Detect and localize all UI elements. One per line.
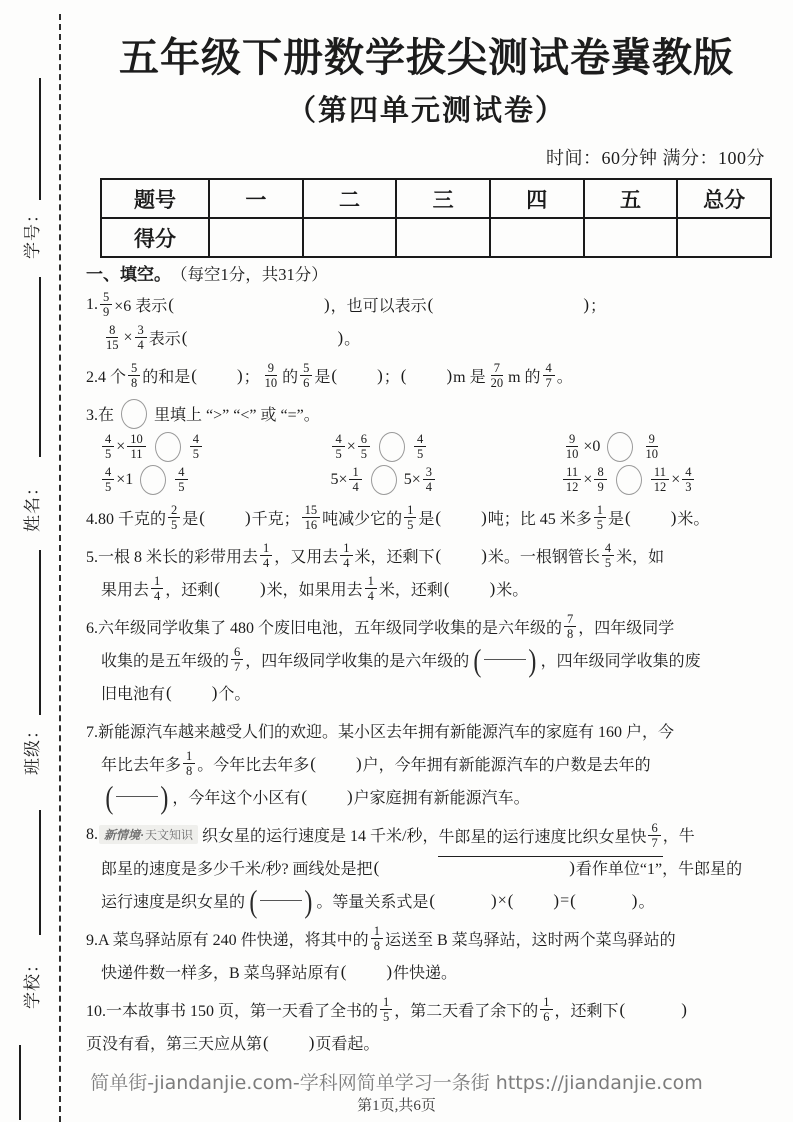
comparison-circle bbox=[371, 465, 397, 495]
text-run: ，也可以表示 bbox=[331, 293, 427, 316]
text-run: 运送至 B 菜鸟驿站，这时两个菜鸟驿站的 bbox=[385, 927, 676, 950]
time-score-meta: 时间：60分钟 满分：100分 bbox=[546, 144, 765, 170]
score-cell-empty bbox=[396, 218, 490, 257]
fraction-blank: () bbox=[472, 644, 537, 676]
blank-field: () bbox=[443, 579, 496, 599]
fraction: 45 bbox=[602, 541, 614, 570]
text-run: 米，如果用去 bbox=[267, 577, 363, 600]
text-run: 织女星的运行速度是 14 千米/秒， bbox=[202, 823, 438, 846]
text-run: = bbox=[560, 892, 569, 910]
comparison-cell: 5× 145× 34 bbox=[330, 464, 560, 495]
text-run: ； bbox=[384, 364, 400, 387]
fraction: 56 bbox=[300, 361, 312, 390]
fraction: 59 bbox=[100, 290, 112, 319]
text-run: 是 bbox=[314, 364, 330, 387]
question: 4.80 千克的25是()千克；1516吨减少它的15是()吨；比 45 米多1… bbox=[86, 501, 776, 534]
fraction: 45 bbox=[332, 432, 344, 461]
question-line: 1.59 ×6 表示()，也可以表示()； bbox=[86, 288, 776, 321]
text-run: ，四年级同学收集的废 bbox=[541, 648, 701, 671]
score-table-body: 题号一二三四五总分得分 bbox=[101, 179, 771, 257]
question-line: 2.4 个58的和是()；910的56是()；()m 是720m 的47。 bbox=[86, 359, 776, 392]
fraction: 15 bbox=[380, 995, 392, 1024]
fraction: 45 bbox=[414, 432, 426, 461]
score-table: 题号一二三四五总分得分 bbox=[100, 178, 772, 258]
blank-field: () bbox=[569, 891, 638, 911]
score-column-header: 一 bbox=[209, 179, 303, 218]
text-run: 的 bbox=[282, 364, 298, 387]
page-number: 第1页,共6页 bbox=[0, 1094, 793, 1115]
text-run: 米，还剩下 bbox=[355, 544, 435, 567]
text-run: 旧电池有 bbox=[101, 681, 165, 704]
seal-field-label: 姓名： bbox=[15, 460, 45, 550]
text-run: ，还剩下 bbox=[555, 998, 619, 1021]
section-heading: 一、填空。 （每空1分，共31分） bbox=[86, 260, 776, 288]
score-cell-empty bbox=[677, 218, 771, 257]
question: 1.59 ×6 表示()，也可以表示()；815 × 34表示()。 bbox=[86, 288, 776, 354]
question: 8.新情境·天文知识织女星的运行速度是 14 千米/秒，牛郎星的运行速度比织女星… bbox=[86, 818, 776, 917]
score-column-header: 三 bbox=[396, 179, 490, 218]
blank-field: () bbox=[428, 891, 497, 911]
fraction: 45 bbox=[102, 432, 114, 461]
fraction: 15 bbox=[404, 503, 416, 532]
question-line: 年比去年多18。今年比去年多()户，今年拥有新能源汽车的户数是去年的 bbox=[86, 747, 776, 780]
text-run: ，又用去 bbox=[274, 544, 338, 567]
text-run: 7.新能源汽车越来越受人们的欢迎。某小区去年拥有新能源汽车的家庭有 160 户，… bbox=[86, 719, 674, 742]
blank-field: () bbox=[434, 508, 487, 528]
text-run: ，还剩 bbox=[165, 577, 213, 600]
score-cell-empty bbox=[303, 218, 397, 257]
comparison-circle bbox=[607, 432, 633, 462]
text-run: 。今年比去年多 bbox=[197, 752, 309, 775]
fraction: 78 bbox=[564, 612, 576, 641]
section-note: （每空1分，共31分） bbox=[171, 261, 328, 285]
text-run: 吨减少它的 bbox=[322, 506, 402, 529]
text-run: 1. bbox=[86, 296, 98, 314]
text-run: 。 bbox=[344, 326, 360, 349]
blank-field: () bbox=[309, 754, 362, 774]
text-run: 6.六年级同学收集了 480 个废旧电池，五年级同学收集的是六年级的 bbox=[86, 615, 562, 638]
blank-field: () bbox=[373, 858, 576, 878]
question-line: 45 × 10114545 × 6545910 ×0910 bbox=[86, 430, 776, 463]
text-run: m 是 bbox=[453, 364, 485, 387]
score-header-label: 题号 bbox=[101, 179, 209, 218]
text-run: 9.A 菜鸟驿站原有 240 件快递，将其中的 bbox=[86, 927, 369, 950]
question-line: 果用去14，还剩()米，如果用去14米，还剩()米。 bbox=[86, 572, 776, 605]
fraction: 34 bbox=[135, 323, 147, 352]
text-run: 户家庭拥有新能源汽车。 bbox=[354, 785, 530, 808]
text-run: 里填上 “>” “<” 或 “=”。 bbox=[154, 402, 320, 425]
score-cell-empty bbox=[490, 218, 584, 257]
question-line: 8.新情境·天文知识织女星的运行速度是 14 千米/秒，牛郎星的运行速度比织女星… bbox=[86, 818, 776, 851]
seal-field-label: 学号： bbox=[15, 187, 45, 277]
blank-field: () bbox=[190, 366, 243, 386]
blank-field: () bbox=[165, 683, 218, 703]
question-line: 旧电池有()个。 bbox=[86, 676, 776, 709]
fraction: 14 bbox=[349, 465, 361, 494]
fraction: 1112 bbox=[651, 465, 670, 494]
question: 9.A 菜鸟驿站原有 240 件快递，将其中的18运送至 B 菜鸟驿站，这时两个… bbox=[86, 922, 776, 988]
comparison-cell: 45 × 6545 bbox=[330, 431, 560, 462]
text-run: ，牛 bbox=[663, 823, 695, 846]
fraction: 1112 bbox=[563, 465, 582, 494]
text-run: ×0 bbox=[583, 438, 600, 456]
text-run: 快递件数一样多，B 菜鸟驿站原有 bbox=[101, 960, 340, 983]
text-run: × bbox=[671, 471, 680, 489]
question-line: 运行速度是织女星的()。等量关系式是()×()=()。 bbox=[86, 884, 776, 917]
fraction: 910 bbox=[642, 432, 661, 461]
question-line: 收集的是五年级的67，四年级同学收集的是六年级的()，四年级同学收集的废 bbox=[86, 643, 776, 676]
fraction: 1011 bbox=[127, 432, 146, 461]
fraction: 25 bbox=[168, 503, 180, 532]
question-line: 页没有看，第三天应从第()页看起。 bbox=[86, 1026, 776, 1059]
text-run: 10.一本故事书 150 页，第一天看了全书的 bbox=[86, 998, 378, 1021]
text-run: ，四年级同学收集的是六年级的 bbox=[245, 648, 469, 671]
text-run: 果用去 bbox=[101, 577, 149, 600]
blank-field: () bbox=[213, 579, 266, 599]
text-run: 5× bbox=[330, 471, 347, 489]
comparison-cell: 1112 × 891112 × 43 bbox=[561, 464, 791, 495]
text-run: 米。 bbox=[496, 577, 528, 600]
blank-field: () bbox=[198, 508, 251, 528]
text-run: 5× bbox=[404, 471, 421, 489]
text-run: ，今年这个小区有 bbox=[172, 785, 300, 808]
fraction: 45 bbox=[175, 465, 187, 494]
text-run: 是 bbox=[182, 506, 198, 529]
blank-field: () bbox=[181, 328, 344, 348]
fraction: 45 bbox=[190, 432, 202, 461]
blank-field: () bbox=[167, 295, 330, 315]
text-run: ×1 bbox=[116, 471, 133, 489]
fraction: 15 bbox=[594, 503, 606, 532]
blank-field: () bbox=[300, 787, 353, 807]
question: 6.六年级同学收集了 480 个废旧电池，五年级同学收集的是六年级的78，四年级… bbox=[86, 610, 776, 709]
blank-field: () bbox=[330, 366, 383, 386]
fraction: 67 bbox=[648, 821, 660, 850]
question-line: 815 × 34表示()。 bbox=[86, 321, 776, 354]
fraction: 58 bbox=[128, 361, 140, 390]
question: 5.一根 8 米长的彩带用去14，又用去14米，还剩下()米。一根钢管长45米，… bbox=[86, 539, 776, 605]
fraction: 65 bbox=[358, 432, 370, 461]
text-run: 个。 bbox=[218, 681, 250, 704]
question-line: 快递件数一样多，B 菜鸟驿站原有()件快递。 bbox=[86, 955, 776, 988]
seal-blank-line bbox=[39, 810, 41, 935]
score-column-header: 总分 bbox=[677, 179, 771, 218]
text-run: × bbox=[116, 438, 125, 456]
page-title: 五年级下册数学拔尖测试卷冀教版 bbox=[70, 26, 783, 83]
blank-field: () bbox=[427, 295, 590, 315]
question-line: 5.一根 8 米长的彩带用去14，又用去14米，还剩下()米。一根钢管长45米，… bbox=[86, 539, 776, 572]
text-run: 2.4 个 bbox=[86, 364, 126, 387]
text-run: 页看起。 bbox=[315, 1031, 379, 1054]
fraction: 14 bbox=[340, 541, 352, 570]
text-run: 4.80 千克的 bbox=[86, 506, 166, 529]
text-run: 。 bbox=[638, 889, 654, 912]
text-run: 收集的是五年级的 bbox=[101, 648, 229, 671]
question-line: 9.A 菜鸟驿站原有 240 件快递，将其中的18运送至 B 菜鸟驿站，这时两个… bbox=[86, 922, 776, 955]
text-run: 牛郎星的运行速度比织女星快 bbox=[438, 824, 646, 847]
blank-field: () bbox=[400, 366, 453, 386]
score-column-header: 四 bbox=[490, 179, 584, 218]
blank-field: () bbox=[262, 1033, 315, 1053]
text-run: ，四年级同学 bbox=[578, 615, 674, 638]
comparison-circle bbox=[616, 465, 642, 495]
text-run: 郎星的速度是多少千米/秒? 画线处是把 bbox=[101, 856, 373, 879]
comparison-circle bbox=[155, 432, 181, 462]
blank-field: () bbox=[340, 962, 393, 982]
blank-field: () bbox=[435, 546, 488, 566]
text-run: 3.在 bbox=[86, 402, 114, 425]
question: 3.在里填上 “>” “<” 或 “=”。45 × 10114545 × 654… bbox=[86, 397, 776, 496]
text-run: m 的 bbox=[508, 364, 540, 387]
seal-blank-line bbox=[39, 550, 41, 715]
fraction: 910 bbox=[262, 361, 281, 390]
score-column-header: 五 bbox=[584, 179, 678, 218]
text-run: 看作单位“1”，牛郎星的 bbox=[576, 856, 742, 879]
watermark-text: 简单街-jiandanjie.com-学科网简单学习一条街 https://ji… bbox=[0, 1068, 793, 1095]
text-run: 是 bbox=[608, 506, 624, 529]
text-run: 。 bbox=[557, 364, 573, 387]
fraction: 1516 bbox=[302, 503, 321, 532]
text-run: × bbox=[347, 438, 356, 456]
comparison-circle bbox=[140, 465, 166, 495]
score-row-label: 得分 bbox=[101, 218, 209, 257]
question-line: 7.新能源汽车越来越受人们的欢迎。某小区去年拥有新能源汽车的家庭有 160 户，… bbox=[86, 714, 776, 747]
text-run: 是 bbox=[418, 506, 434, 529]
seal-field-label: 班级： bbox=[15, 703, 45, 793]
fraction: 34 bbox=[423, 465, 435, 494]
fraction: 47 bbox=[543, 361, 555, 390]
test-paper-page: 学号：姓名：班级：学校： 五年级下册数学拔尖测试卷冀教版 （第四单元测试卷） 时… bbox=[0, 0, 793, 1122]
text-run: 件快递。 bbox=[393, 960, 457, 983]
blank-field: () bbox=[507, 891, 560, 911]
text-run: × bbox=[498, 892, 507, 910]
text-run: ×6 表示 bbox=[114, 293, 167, 316]
question-line: 3.在里填上 “>” “<” 或 “=”。 bbox=[86, 397, 776, 430]
score-cell-empty bbox=[209, 218, 303, 257]
score-cell-empty bbox=[584, 218, 678, 257]
text-run: × bbox=[124, 329, 133, 347]
fraction: 67 bbox=[231, 645, 243, 674]
comparison-cell: 45 × 101145 bbox=[86, 431, 330, 462]
text-run: 的和是 bbox=[142, 364, 190, 387]
fraction: 43 bbox=[682, 465, 694, 494]
questions: 1.59 ×6 表示()，也可以表示()；815 × 34表示()。2.4 个5… bbox=[86, 288, 776, 1059]
fraction-blank: () bbox=[248, 885, 313, 917]
fraction: 18 bbox=[371, 924, 383, 953]
seal-blank-line bbox=[39, 78, 41, 200]
question: 7.新能源汽车越来越受人们的欢迎。某小区去年拥有新能源汽车的家庭有 160 户，… bbox=[86, 714, 776, 813]
text-run: 米。 bbox=[677, 506, 709, 529]
comparison-cell: 910 ×0910 bbox=[561, 431, 791, 462]
text-run: 米。一根钢管长 bbox=[488, 544, 600, 567]
underlined-phrase: 牛郎星的运行速度比织女星快67 bbox=[438, 820, 662, 857]
fraction-blank: () bbox=[104, 781, 169, 813]
text-run: 页没有看，第三天应从第 bbox=[86, 1031, 262, 1054]
fraction: 89 bbox=[594, 465, 606, 494]
question-line: 45 ×1455× 145× 341112 × 891112 × 43 bbox=[86, 463, 776, 496]
score-header-row: 题号一二三四五总分 bbox=[101, 179, 771, 218]
blank-field: () bbox=[624, 508, 677, 528]
question-line: 郎星的速度是多少千米/秒? 画线处是把()看作单位“1”，牛郎星的 bbox=[86, 851, 776, 884]
fraction: 14 bbox=[365, 574, 377, 603]
seal-dashed-line bbox=[59, 14, 61, 1122]
text-run: 吨；比 45 米多 bbox=[488, 506, 592, 529]
seal-blank-line bbox=[39, 277, 41, 457]
questions-area: 一、填空。 （每空1分，共31分） 1.59 ×6 表示()，也可以表示()；8… bbox=[86, 260, 776, 1064]
fraction: 18 bbox=[183, 749, 195, 778]
blank-field: () bbox=[619, 1000, 688, 1020]
fraction: 720 bbox=[488, 361, 507, 390]
text-run: × bbox=[583, 471, 592, 489]
text-run: 表示 bbox=[149, 326, 181, 349]
text-run: 千克； bbox=[252, 506, 300, 529]
text-run: 。等量关系式是 bbox=[316, 889, 428, 912]
fraction: 45 bbox=[102, 465, 114, 494]
question-line: 4.80 千克的25是()千克；1516吨减少它的15是()吨；比 45 米多1… bbox=[86, 501, 776, 534]
fraction: 16 bbox=[540, 995, 552, 1024]
context-badge: 新情境·天文知识 bbox=[99, 825, 198, 844]
page-subtitle: （第四单元测试卷） bbox=[70, 88, 783, 129]
text-run: 年比去年多 bbox=[101, 752, 181, 775]
fraction: 14 bbox=[260, 541, 272, 570]
comparison-circle bbox=[379, 432, 405, 462]
text-run: ； bbox=[590, 293, 606, 316]
text-run: ； bbox=[244, 364, 260, 387]
question-line: 10.一本故事书 150 页，第一天看了全书的15，第二天看了余下的16，还剩下… bbox=[86, 993, 776, 1026]
text-run: 米，如 bbox=[616, 544, 664, 567]
text-run: 5.一根 8 米长的彩带用去 bbox=[86, 544, 258, 567]
score-value-row: 得分 bbox=[101, 218, 771, 257]
question: 2.4 个58的和是()；910的56是()；()m 是720m 的47。 bbox=[86, 359, 776, 392]
fraction: 910 bbox=[563, 432, 582, 461]
text-run: 8. bbox=[86, 826, 98, 844]
seal-field-label: 学校： bbox=[15, 937, 45, 1027]
question: 10.一本故事书 150 页，第一天看了全书的15，第二天看了余下的16，还剩下… bbox=[86, 993, 776, 1059]
text-run: 户，今年拥有新能源汽车的户数是去年的 bbox=[363, 752, 651, 775]
text-run: ，第二天看了余下的 bbox=[394, 998, 538, 1021]
fraction: 14 bbox=[151, 574, 163, 603]
question-line: 6.六年级同学收集了 480 个废旧电池，五年级同学收集的是六年级的78，四年级… bbox=[86, 610, 776, 643]
comparison-circle bbox=[121, 399, 147, 429]
section-title: 一、填空。 bbox=[86, 260, 171, 285]
comparison-cell: 45 ×145 bbox=[86, 464, 330, 495]
text-run: 运行速度是织女星的 bbox=[101, 889, 245, 912]
score-column-header: 二 bbox=[303, 179, 397, 218]
fraction: 815 bbox=[103, 323, 122, 352]
question-line: ()，今年这个小区有()户家庭拥有新能源汽车。 bbox=[86, 780, 776, 813]
text-run: 米，还剩 bbox=[379, 577, 443, 600]
